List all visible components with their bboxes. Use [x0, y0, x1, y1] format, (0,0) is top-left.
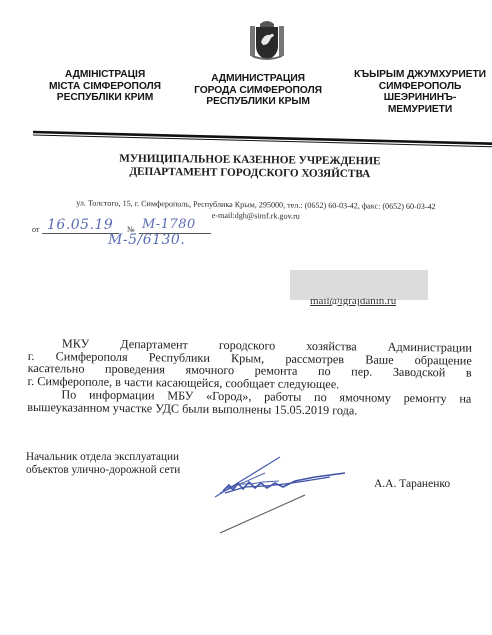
signer-name: А.А. Тараненко: [374, 478, 450, 490]
from-label: от: [32, 225, 39, 234]
organization-name: МУНИЦИПАЛЬНОЕ КАЗЕННОЕ УЧРЕЖДЕНИЕ ДЕПАРТ…: [60, 152, 440, 182]
letterhead-line: АДМІНІСТРАЦІЯ: [40, 69, 170, 81]
letterhead-line: СИМФЕРОПОЛЬ: [344, 81, 492, 93]
handwritten-number-2: М-5/6130.: [108, 232, 185, 248]
letterhead-line: КЪЫРЫМ ДЖУМХУРИЕТИ: [344, 69, 492, 81]
letterhead-line: МЕМУРИЕТИ: [344, 104, 492, 116]
crimea-coat-of-arms-icon: [248, 18, 286, 62]
letterhead-divider: [33, 130, 492, 150]
letterhead-line: РЕСПУБЛІКИ КРИМ: [40, 92, 170, 104]
handwritten-date: 16.05.19: [47, 217, 113, 233]
redacted-recipient: [290, 270, 428, 300]
letterhead-ukrainian: АДМІНІСТРАЦІЯ МІСТА СІМФЕРОПОЛЯ РЕСПУБЛІ…: [40, 69, 170, 104]
letterhead-line: МІСТА СІМФЕРОПОЛЯ: [40, 81, 170, 93]
letterhead-line: РЕСПУБЛИКИ КРЫМ: [188, 96, 328, 108]
letterhead-line: АДМИНИСТРАЦИЯ: [188, 73, 328, 85]
handwritten-number: М-1780: [142, 217, 196, 232]
handwritten-signature: [205, 455, 355, 535]
letterhead-crimean-tatar: КЪЫРЫМ ДЖУМХУРИЕТИ СИМФЕРОПОЛЬ ШЕЭРИНИНЪ…: [344, 69, 492, 115]
letterhead-line: ШЕЭРИНИНЪ-: [344, 92, 492, 104]
letterhead-russian: АДМИНИСТРАЦИЯ ГОРОДА СИМФЕРОПОЛЯ РЕСПУБЛ…: [188, 73, 328, 108]
letterhead-line: ГОРОДА СИМФЕРОПОЛЯ: [188, 85, 328, 97]
registration-line: от 16.05.19 № М-1780 М-5/6130.: [32, 221, 212, 261]
signer-title: Начальник отдела эксплуатации объектов у…: [26, 451, 180, 477]
recipient-email: mail@igrajdanin.ru: [310, 298, 396, 306]
letter-body: МКУ Департамент городского хозяйства Адм…: [27, 337, 472, 418]
